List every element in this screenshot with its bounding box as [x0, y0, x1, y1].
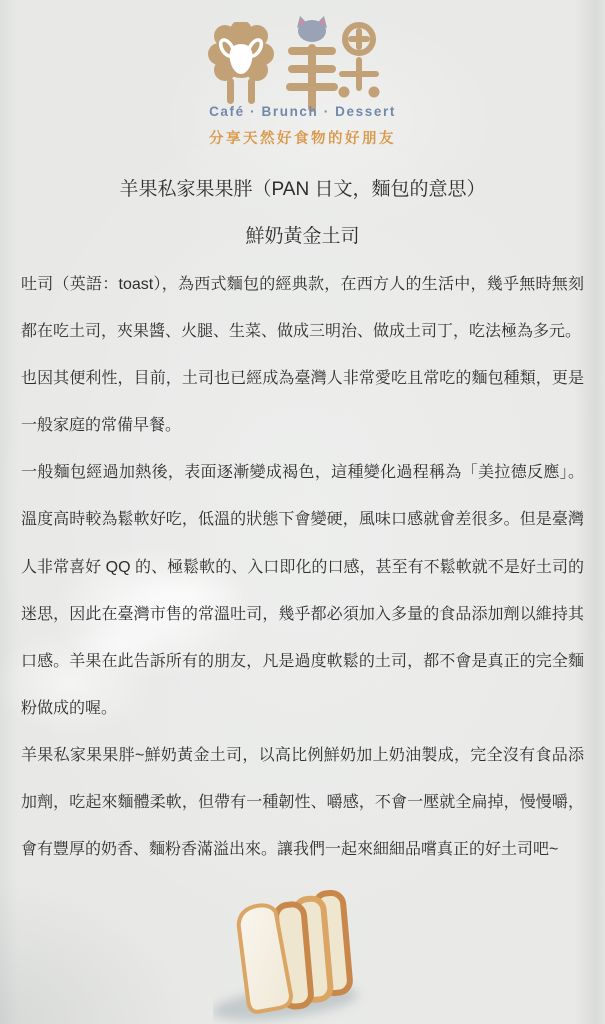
document-page: Café · Brunch · Dessert 分享天然好食物的好朋友 羊果私家… — [0, 0, 605, 1024]
toast-photo — [213, 889, 408, 1024]
body-line: 一般家庭的常備早餐。 — [21, 402, 584, 449]
body-line: 粉做成的喔。 — [21, 685, 584, 732]
body-line: 會有豐厚的奶香、麵粉香滿溢出來。讓我們一起來細細品嚐真正的好土司吧~ — [21, 826, 584, 873]
page-title: 羊果私家果果胖（PAN 日文，麵包的意思） — [0, 166, 605, 213]
body-line: 加劑，吃起來麵體柔軟，但帶有一種韌性、嚼感，不會一壓就全扁掉，慢慢嚼， — [21, 779, 584, 826]
body-text: 吐司（英語：toast），為西式麵包的經典款，在西方人的生活中，幾乎無時無刻都在… — [21, 261, 584, 873]
body-line: 一般麵包經過加熱後，表面逐漸變成褐色，這種變化過程稱為「美拉德反應」。 — [21, 449, 584, 496]
body-line: 也因其便利性，目前，土司也已經成為臺灣人非常愛吃且常吃的麵包種類，更是 — [21, 355, 584, 402]
body-line: 都在吃土司，夾果醬、火腿、生菜、做成三明治、做成土司丁，吃法極為多元。 — [21, 308, 584, 355]
body-line: 吐司（英語：toast），為西式麵包的經典款，在西方人的生活中，幾乎無時無刻 — [21, 261, 584, 308]
body-line: 溫度高時較為鬆軟好吃，低溫的狀態下會變硬，風味口感就會差很多。但是臺灣 — [21, 496, 584, 543]
body-line: 人非常喜好 QQ 的、極鬆軟的、入口即化的口感，甚至有不鬆軟就不是好土司的 — [21, 544, 584, 591]
brand-yang-glyph — [286, 14, 338, 112]
body-line: 羊果私家果果胖~鮮奶黃金土司，以高比例鮮奶加上奶油製成，完全沒有食品添 — [21, 732, 584, 779]
page-subtitle: 鮮奶黃金土司 — [0, 213, 605, 260]
cat-icon — [297, 16, 327, 42]
brand-guo-glyph — [338, 22, 380, 100]
sheep-icon — [201, 22, 281, 108]
body-line: 口感。羊果在此告訴所有的朋友，凡是過度軟鬆的土司，都不會是真正的完全麵 — [21, 638, 584, 685]
body-line: 迷思，因此在臺灣市售的常溫吐司，幾乎都必須加入多量的食品添加劑以維持其 — [21, 591, 584, 638]
brand-logo: Café · Brunch · Dessert 分享天然好食物的好朋友 — [0, 0, 605, 120]
brand-tagline: 分享天然好食物的好朋友 — [0, 127, 605, 148]
brand-subtitle-en: Café · Brunch · Dessert — [0, 104, 605, 119]
